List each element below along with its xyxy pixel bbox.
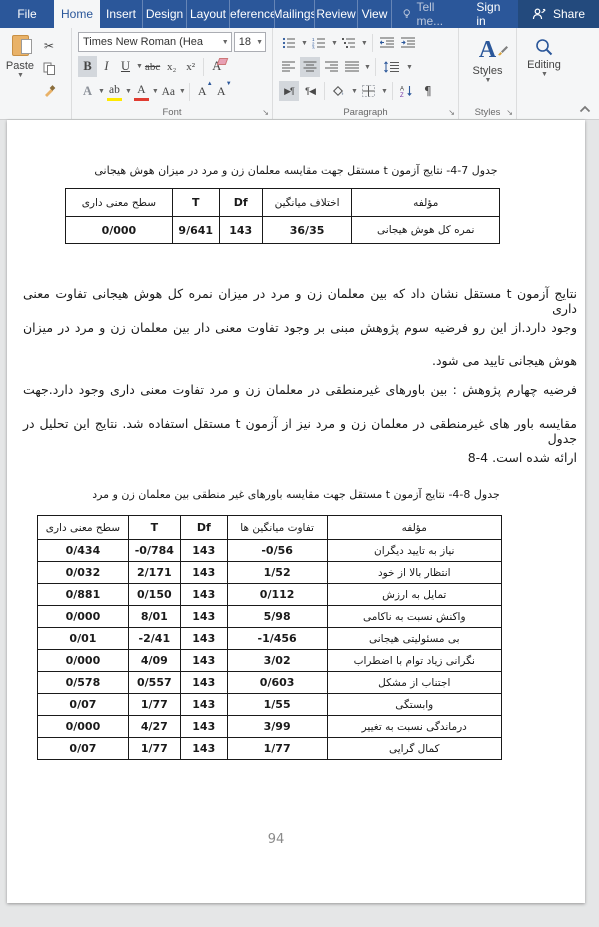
table-row: وابستگی1/551431/770/07 bbox=[38, 694, 502, 716]
styles-dropdown-arrow[interactable]: ▼ bbox=[485, 77, 492, 84]
table2-header-row: مؤلفهتفاوت میانگین هاDfTسطح معنی داری bbox=[38, 516, 502, 540]
brush-icon bbox=[496, 45, 508, 57]
tbl2-cell[interactable]: 0/032 bbox=[38, 562, 129, 584]
tbl2-cell[interactable]: -0/784 bbox=[128, 540, 180, 562]
tbl2-cell[interactable]: 143 bbox=[180, 562, 227, 584]
font-size-combobox[interactable]: 18 ▼ bbox=[234, 32, 266, 52]
tbl2-cell[interactable]: 143 bbox=[180, 606, 227, 628]
tbl1-header-cell[interactable]: مؤلفه bbox=[352, 189, 500, 217]
font-color-button[interactable]: A bbox=[132, 81, 151, 102]
tbl2-cell[interactable]: 0/01 bbox=[38, 628, 129, 650]
format-painter-icon bbox=[43, 84, 56, 97]
styles-button[interactable]: A Styles ▼ bbox=[473, 31, 503, 84]
paragraph1-line1[interactable]: نتایج آزمون t مستقل نشان داد که بین معلم… bbox=[23, 286, 577, 316]
tbl2-cell[interactable]: 0/07 bbox=[38, 694, 129, 716]
tbl2-cell[interactable]: انتظار بالا از خود bbox=[327, 562, 501, 584]
justify-dropdown-arrow[interactable]: ▼ bbox=[364, 64, 371, 71]
eraser-icon bbox=[217, 58, 229, 65]
tbl2-cell[interactable]: 3/02 bbox=[227, 650, 327, 672]
styles-button-label: Styles bbox=[473, 65, 503, 77]
paint-bucket-icon bbox=[332, 85, 346, 97]
tbl2-cell[interactable]: 0/000 bbox=[38, 650, 129, 672]
italic-button[interactable]: I bbox=[97, 56, 116, 77]
bold-button[interactable]: B bbox=[78, 56, 97, 77]
tbl2-cell[interactable]: 143 bbox=[180, 650, 227, 672]
document-page[interactable]: جدول 7-4- نتایج آزمون t مستقل جهت مقایسه… bbox=[7, 120, 585, 903]
font-color-dropdown-arrow[interactable]: ▼ bbox=[152, 88, 159, 95]
ribbon-tab-bar: FileHomeInsertDesignLayoutReferencesMail… bbox=[0, 0, 599, 28]
tell-me-button[interactable]: Tell me... bbox=[392, 0, 464, 28]
table-row: کمال گرایی1/771431/770/07 bbox=[38, 738, 502, 760]
justify-button[interactable] bbox=[342, 57, 362, 77]
tab-references[interactable]: References bbox=[230, 0, 275, 28]
decrease-indent-button[interactable] bbox=[377, 33, 397, 53]
subscript-button[interactable]: x₂ bbox=[162, 56, 181, 77]
underline-button[interactable]: U bbox=[116, 56, 135, 77]
table-row: نمره کل هوش هیجانی36/351439/6410/000 bbox=[66, 217, 500, 244]
tbl1-cell[interactable]: 9/641 bbox=[172, 217, 219, 244]
tbl2-cell[interactable]: 0/578 bbox=[38, 672, 129, 694]
tbl2-header-cell[interactable]: تفاوت میانگین ها bbox=[227, 516, 327, 540]
multilevel-list-icon bbox=[342, 37, 356, 49]
table-row: واکنش نسبت به ناکامی5/981438/010/000 bbox=[38, 606, 502, 628]
copy-button[interactable] bbox=[38, 59, 60, 77]
table2-caption[interactable]: جدول 8-4- نتایج آزمون t مستقل جهت مقایسه… bbox=[7, 488, 585, 501]
tab-home[interactable]: Home bbox=[54, 0, 100, 28]
font-name-value: Times New Roman (Hea bbox=[83, 36, 203, 48]
tbl2-cell[interactable]: 0/434 bbox=[38, 540, 129, 562]
align-left-button[interactable] bbox=[279, 57, 299, 77]
decrease-indent-icon bbox=[380, 37, 394, 49]
left-to-right-text-button[interactable]: ▶¶ bbox=[279, 81, 299, 101]
tell-me-label: Tell me... bbox=[416, 0, 454, 28]
bullets-dropdown-arrow[interactable]: ▼ bbox=[301, 40, 308, 47]
tbl1-cell[interactable]: 143 bbox=[219, 217, 262, 244]
line-spacing-dropdown-arrow[interactable]: ▼ bbox=[406, 64, 413, 71]
svg-text:Z: Z bbox=[400, 93, 404, 97]
tbl2-cell[interactable]: 4/27 bbox=[128, 716, 180, 738]
page-number: 94 bbox=[7, 832, 545, 847]
multilevel-dropdown-arrow[interactable]: ▼ bbox=[361, 40, 368, 47]
tbl2-cell[interactable]: 0/150 bbox=[128, 584, 180, 606]
paste-dropdown-arrow[interactable]: ▼ bbox=[17, 72, 24, 79]
font-group: Times New Roman (Hea ▼ 18 ▼ B I U ▼ abc … bbox=[72, 28, 273, 119]
copy-icon bbox=[43, 62, 56, 75]
table-row: اجتناب از مشکل0/6031430/5570/578 bbox=[38, 672, 502, 694]
highlight-yellow-bar bbox=[107, 98, 122, 102]
highlight-color-button[interactable]: ab bbox=[105, 81, 124, 102]
svg-text:3: 3 bbox=[312, 46, 315, 50]
table-row: بی مسئولیتی هیجانی-1/456143-2/410/01 bbox=[38, 628, 502, 650]
text-effects-dropdown-arrow[interactable]: ▼ bbox=[98, 88, 105, 95]
tbl2-cell[interactable]: 0/557 bbox=[128, 672, 180, 694]
numbering-button[interactable]: 123 bbox=[309, 33, 329, 53]
tbl2-cell[interactable]: 1/55 bbox=[227, 694, 327, 716]
highlight-dropdown-arrow[interactable]: ▼ bbox=[125, 88, 132, 95]
magnifier-icon bbox=[534, 37, 554, 57]
tbl2-header-cell[interactable]: T bbox=[128, 516, 180, 540]
paragraph-group: ▼ 123 ▼ ▼ bbox=[273, 28, 459, 119]
tbl2-header-cell[interactable]: مؤلفه bbox=[327, 516, 501, 540]
table1-header-row: مؤلفهاختلاف میانگینDfTسطح معنی داری bbox=[66, 189, 500, 217]
right-to-left-text-button[interactable]: ¶◀ bbox=[300, 81, 320, 101]
scissors-icon: ✂ bbox=[44, 39, 54, 53]
svg-text:A: A bbox=[400, 87, 404, 93]
table-row: نیاز به تایید دیگران-0/56143-0/7840/434 bbox=[38, 540, 502, 562]
tab-mailings[interactable]: Mailings bbox=[275, 0, 315, 28]
tbl2-cell[interactable]: 143 bbox=[180, 628, 227, 650]
tbl2-cell[interactable]: بی مسئولیتی هیجانی bbox=[327, 628, 501, 650]
ribbon-filler bbox=[571, 28, 599, 119]
tbl2-cell[interactable]: 0/881 bbox=[38, 584, 129, 606]
shading-button[interactable] bbox=[329, 81, 349, 101]
share-button[interactable]: Share bbox=[518, 0, 599, 28]
superscript-button[interactable]: x² bbox=[181, 56, 200, 77]
tbl1-cell[interactable]: 0/000 bbox=[66, 217, 173, 244]
borders-icon bbox=[362, 85, 375, 97]
down-triangle-icon: ▼ bbox=[226, 81, 232, 87]
table-row: انتظار بالا از خود1/521432/1710/032 bbox=[38, 562, 502, 584]
font-name-combobox[interactable]: Times New Roman (Hea ▼ bbox=[78, 32, 232, 52]
tbl2-cell[interactable]: 143 bbox=[180, 716, 227, 738]
tbl1-header-cell[interactable]: سطح معنی داری bbox=[66, 189, 173, 217]
align-center-icon bbox=[303, 61, 317, 73]
ltr-paragraph-icon: ▶¶ bbox=[284, 86, 294, 97]
bullets-icon bbox=[282, 37, 296, 49]
table-row: نگرانی زیاد توام با اضطراب3/021434/090/0… bbox=[38, 650, 502, 672]
tbl2-cell[interactable]: 0/000 bbox=[38, 716, 129, 738]
tbl2-header-cell[interactable]: Df bbox=[180, 516, 227, 540]
paragraph2-line2[interactable]: مقایسه باور های غیرمنطقی در معلمان زن و … bbox=[23, 416, 577, 446]
chevron-down-icon[interactable]: ▼ bbox=[256, 39, 263, 46]
tbl2-cell[interactable]: 143 bbox=[180, 540, 227, 562]
paste-label: Paste bbox=[6, 60, 34, 72]
tab-insert[interactable]: Insert bbox=[100, 0, 143, 28]
show-hide-pilcrow-button[interactable]: ¶ bbox=[418, 81, 438, 101]
tbl2-cell[interactable]: کمال گرایی bbox=[327, 738, 501, 760]
tbl2-cell[interactable]: درماندگی نسبت به تغییر bbox=[327, 716, 501, 738]
ribbon-tabs: FileHomeInsertDesignLayoutReferencesMail… bbox=[0, 0, 392, 28]
editing-dropdown-arrow[interactable]: ▼ bbox=[541, 71, 548, 78]
paragraph2-line3-text: ارائه شده است. bbox=[492, 450, 577, 465]
tbl2-cell[interactable]: تمایل به ارزش bbox=[327, 584, 501, 606]
tbl2-cell[interactable]: 143 bbox=[180, 694, 227, 716]
tbl2-cell[interactable]: نگرانی زیاد توام با اضطراب bbox=[327, 650, 501, 672]
tbl2-cell[interactable]: 0/603 bbox=[227, 672, 327, 694]
tbl2-cell[interactable]: 143 bbox=[180, 738, 227, 760]
bullets-button[interactable] bbox=[279, 33, 299, 53]
tbl2-cell[interactable]: 0/112 bbox=[227, 584, 327, 606]
styles-dialog-launcher[interactable]: ↘ bbox=[506, 109, 513, 117]
document-area: جدول 7-4- نتایج آزمون t مستقل جهت مقایسه… bbox=[0, 120, 599, 927]
align-center-button[interactable] bbox=[300, 57, 320, 77]
tbl2-cell[interactable]: نیاز به تایید دیگران bbox=[327, 540, 501, 562]
paragraph1-line3[interactable]: هوش هیجانی تایید می شود. bbox=[23, 353, 577, 368]
styles-letter-icon: A bbox=[479, 37, 496, 63]
line-spacing-icon bbox=[384, 61, 400, 73]
editing-button-label: Editing bbox=[527, 59, 561, 71]
align-left-icon bbox=[282, 61, 296, 73]
numbering-dropdown-arrow[interactable]: ▼ bbox=[331, 40, 338, 47]
align-right-icon bbox=[324, 61, 338, 73]
editing-group: Editing ▼ bbox=[517, 28, 571, 119]
align-right-button[interactable] bbox=[321, 57, 341, 77]
format-painter-button[interactable] bbox=[38, 81, 60, 99]
font-size-value: 18 bbox=[239, 36, 251, 48]
increase-indent-icon bbox=[401, 37, 415, 49]
tbl2-cell[interactable]: -0/56 bbox=[227, 540, 327, 562]
borders-button[interactable] bbox=[359, 81, 379, 101]
tbl2-cell[interactable]: وابستگی bbox=[327, 694, 501, 716]
strikethrough-button[interactable]: abc bbox=[143, 56, 162, 77]
shading-dropdown-arrow[interactable]: ▼ bbox=[351, 88, 358, 95]
line-spacing-button[interactable] bbox=[380, 57, 404, 77]
table-reference-number: 8-4 bbox=[468, 450, 488, 465]
change-case-dropdown-arrow[interactable]: ▼ bbox=[179, 88, 186, 95]
tbl1-header-cell[interactable]: Df bbox=[219, 189, 262, 217]
tbl2-cell[interactable]: 1/52 bbox=[227, 562, 327, 584]
tbl2-cell[interactable]: اجتناب از مشکل bbox=[327, 672, 501, 694]
underline-dropdown-arrow[interactable]: ▼ bbox=[136, 63, 143, 70]
tbl2-cell[interactable]: 1/77 bbox=[128, 738, 180, 760]
font-dialog-launcher[interactable]: ↘ bbox=[262, 109, 269, 117]
paragraph2-line3[interactable]: 8-4 ارائه شده است. bbox=[23, 450, 577, 465]
tbl2-cell[interactable]: -1/456 bbox=[227, 628, 327, 650]
font-group-label: Font bbox=[72, 107, 272, 118]
share-icon bbox=[532, 7, 547, 21]
borders-dropdown-arrow[interactable]: ▼ bbox=[381, 88, 388, 95]
paragraph2-line1[interactable]: فرضیه چهارم پژوهش : بین باورهای غیرمنطقی… bbox=[23, 382, 577, 397]
pilcrow-icon: ¶ bbox=[424, 84, 432, 98]
tbl2-cell[interactable]: 1/77 bbox=[227, 738, 327, 760]
sign-in-button[interactable]: Sign in bbox=[464, 0, 518, 28]
tbl2-cell[interactable]: 5/98 bbox=[227, 606, 327, 628]
table-emotional-intelligence[interactable]: مؤلفهاختلاف میانگینDfTسطح معنی داری نمره… bbox=[65, 188, 500, 244]
table-row: تمایل به ارزش0/1121430/1500/881 bbox=[38, 584, 502, 606]
tbl2-cell[interactable]: 2/171 bbox=[128, 562, 180, 584]
sort-icon: AZ bbox=[400, 85, 414, 97]
tab-layout[interactable]: Layout bbox=[187, 0, 230, 28]
tbl2-cell[interactable]: 143 bbox=[180, 672, 227, 694]
chevron-down-icon[interactable]: ▼ bbox=[222, 39, 229, 46]
paste-button[interactable]: Paste ▼ bbox=[2, 31, 38, 101]
multilevel-list-button[interactable] bbox=[339, 33, 359, 53]
tbl2-header-cell[interactable]: سطح معنی داری bbox=[38, 516, 129, 540]
increase-indent-button[interactable] bbox=[398, 33, 418, 53]
tab-view[interactable]: View bbox=[358, 0, 392, 28]
clipboard-group: Paste ▼ ✂ bbox=[0, 28, 72, 119]
tab-design[interactable]: Design bbox=[143, 0, 187, 28]
tab-file[interactable]: File bbox=[0, 0, 54, 28]
font-color-red-bar bbox=[134, 98, 149, 102]
tbl2-cell[interactable]: -2/41 bbox=[128, 628, 180, 650]
clipboard-icon bbox=[12, 35, 29, 56]
collapse-ribbon-chevron-icon[interactable] bbox=[579, 105, 591, 113]
change-case-button[interactable]: Aa bbox=[159, 81, 178, 102]
editing-button[interactable]: Editing ▼ bbox=[527, 31, 561, 78]
tbl1-header-cell[interactable]: T bbox=[172, 189, 219, 217]
tbl1-header-cell[interactable]: اختلاف میانگین bbox=[262, 189, 352, 217]
styles-group: A Styles ▼ Styles ↘ bbox=[459, 28, 517, 119]
ribbon: Paste ▼ ✂ Times New Roman (Hea ▼ 18 ▼ bbox=[0, 28, 599, 120]
table-irrational-beliefs[interactable]: مؤلفهتفاوت میانگین هاDfTسطح معنی داری نی… bbox=[37, 515, 502, 760]
justify-icon bbox=[345, 61, 359, 73]
numbering-icon: 123 bbox=[312, 37, 326, 49]
tbl2-cell[interactable]: 0/07 bbox=[38, 738, 129, 760]
tab-review[interactable]: Review bbox=[315, 0, 358, 28]
tbl2-cell[interactable]: 8/01 bbox=[128, 606, 180, 628]
paragraph1-line2[interactable]: وجود دارد.از این رو فرضیه سوم پژوهش مبنی… bbox=[23, 320, 577, 335]
tbl2-cell[interactable]: 1/77 bbox=[128, 694, 180, 716]
tbl2-cell[interactable]: 4/09 bbox=[128, 650, 180, 672]
text-effects-button[interactable]: A bbox=[78, 81, 97, 102]
sign-in-label: Sign in bbox=[476, 0, 506, 28]
tbl2-cell[interactable]: واکنش نسبت به ناکامی bbox=[327, 606, 501, 628]
tbl1-cell[interactable]: نمره کل هوش هیجانی bbox=[352, 217, 500, 244]
rtl-paragraph-icon: ¶◀ bbox=[305, 86, 315, 97]
clear-formatting-button[interactable]: A bbox=[207, 56, 226, 77]
shrink-font-button[interactable]: A▼ bbox=[212, 81, 231, 102]
grow-font-button[interactable]: A▲ bbox=[193, 81, 212, 102]
tbl1-cell[interactable]: 36/35 bbox=[262, 217, 352, 244]
cut-button[interactable]: ✂ bbox=[38, 37, 60, 55]
paragraph-dialog-launcher[interactable]: ↘ bbox=[448, 109, 455, 117]
share-label: Share bbox=[553, 7, 585, 21]
table-row: درماندگی نسبت به تغییر3/991434/270/000 bbox=[38, 716, 502, 738]
tbl2-cell[interactable]: 0/000 bbox=[38, 606, 129, 628]
table1-caption[interactable]: جدول 7-4- نتایج آزمون t مستقل جهت مقایسه… bbox=[7, 164, 585, 177]
tbl2-cell[interactable]: 3/99 bbox=[227, 716, 327, 738]
sort-button[interactable]: AZ bbox=[397, 81, 417, 101]
paragraph-group-label: Paragraph bbox=[273, 107, 458, 118]
lightbulb-icon bbox=[402, 7, 411, 21]
tbl2-cell[interactable]: 143 bbox=[180, 584, 227, 606]
